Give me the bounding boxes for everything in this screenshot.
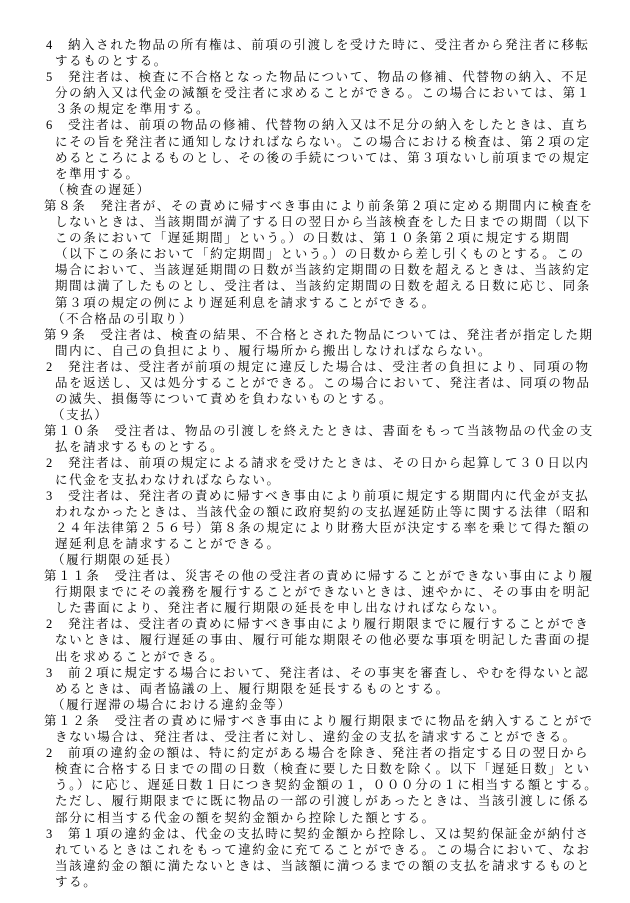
line-continuation: 遅延利息を請求することができる。 <box>44 536 600 552</box>
line-continuation: を準用する。 <box>44 166 600 182</box>
line-item: 5 発注者は、検査に不合格となった物品について、物品の修補、代替物の納入、不足 <box>44 69 600 85</box>
line-item: 3 第１項の違約金は、代金の支払時に契約金額から控除し、又は契約保証金が納付さ <box>44 826 600 842</box>
line-continuation: 場合において、当該遅延期間の日数が当該約定期間の日数を超えるときは、当該約定 <box>44 262 600 278</box>
line-item: 4 納入された物品の所有権は、前項の引渡しを受けた時に、受注者から発注者に移転 <box>44 37 600 53</box>
line-article: 第１０条 受注者は、物品の引渡しを終えたときは、書面をもって当該物品の代金の支 <box>44 423 600 439</box>
line-continuation: 出を求めることができる。 <box>44 649 600 665</box>
line-continuation: きない場合は、発注者は、受注者に対し、違約金の支払を請求することができる。 <box>44 729 600 745</box>
line-continuation: 当該違約金の額に満たないときは、当該額に満つるまでの額の支払を請求するものと <box>44 858 600 874</box>
line-heading: （検査の遅延） <box>44 182 600 198</box>
line-item: 2 発注者は、受注者が前項の規定に違反した場合は、受注者の負担により、同項の物 <box>44 359 600 375</box>
line-continuation: にその旨を発注者に通知しなければならない。この場合における検査は、第２項の定 <box>44 134 600 150</box>
line-continuation: この条において「遅延期間」という。）の日数は、第１０条第２項に規定する期間 <box>44 230 600 246</box>
line-article: 第９条 受注者は、検査の結果、不合格とされた物品については、発注者が指定した期 <box>44 327 600 343</box>
line-heading: （支払） <box>44 407 600 423</box>
line-continuation: 分の納入又は代金の減額を受注者に求めることができる。この場合においては、第１ <box>44 85 600 101</box>
line-continuation: 検査に合格する日までの間の日数（検査に要した日数を除く。以下「遅延日数」とい <box>44 761 600 777</box>
line-continuation: われなかったときは、当該代金の額に政府契約の支払遅延防止等に関する法律（昭和 <box>44 504 600 520</box>
line-continuation: した書面により、発注者に履行期限の延長を申し出なければならない。 <box>44 600 600 616</box>
line-article: 第８条 発注者が、その責めに帰すべき事由により前条第２項に定める期間内に検査を <box>44 198 600 214</box>
line-continuation: （以下この条において「約定期間」という。）の日数から差し引くものとする。この <box>44 246 600 262</box>
line-continuation: する。 <box>44 874 600 890</box>
line-continuation: 間内に、自己の負担により、履行場所から搬出しなければならない。 <box>44 343 600 359</box>
document-page: 4 納入された物品の所有権は、前項の引渡しを受けた時に、受注者から発注者に移転す… <box>0 0 630 903</box>
line-article: 第１２条 受注者の責めに帰すべき事由により履行期限までに物品を納入することがで <box>44 713 600 729</box>
document-body: 4 納入された物品の所有権は、前項の引渡しを受けた時に、受注者から発注者に移転す… <box>44 37 600 890</box>
line-heading: （不合格品の引取り） <box>44 311 600 327</box>
line-item: 2 前項の違約金の額は、特に約定がある場合を除き、発注者の指定する日の翌日から <box>44 745 600 761</box>
line-item: 6 受注者は、前項の物品の修補、代替物の納入又は不足分の納入をしたときは、直ち <box>44 117 600 133</box>
line-article: 第１１条 受注者は、災害その他の受注者の責めに帰することができない事由により履 <box>44 568 600 584</box>
line-continuation: に代金を支払わなければならない。 <box>44 472 600 488</box>
line-continuation: ないときは、履行遅延の事由、履行可能な期限その他必要な事項を明記した書面の提 <box>44 632 600 648</box>
line-item: 2 発注者は、受注者の責めに帰すべき事由により履行期限までに履行することができ <box>44 616 600 632</box>
line-item: 3 前２項に規定する場合において、発注者は、その事実を審査し、やむを得ないと認 <box>44 665 600 681</box>
line-item: 3 受注者は、発注者の責めに帰すべき事由により前項に規定する期間内に代金が支払 <box>44 488 600 504</box>
line-continuation: う。）に応じ、遅延日数１日につき契約金額の１，０００分の１に相当する額とする。 <box>44 777 600 793</box>
line-continuation: の滅失、損傷等について責めを負わないものとする。 <box>44 391 600 407</box>
line-continuation: めるところによるものとし、その後の手続については、第３項ないし前項までの規定 <box>44 150 600 166</box>
line-continuation: しないときは、当該期間が満了する日の翌日から当該検査をした日までの期間（以下 <box>44 214 600 230</box>
line-continuation: ただし、履行期限までに既に物品の一部の引渡しがあったときは、当該引渡しに係る <box>44 793 600 809</box>
line-continuation: ３条の規定を準用する。 <box>44 101 600 117</box>
line-continuation: れているときはこれをもって違約金に充てることができる。この場合において、なお <box>44 842 600 858</box>
line-continuation: 第３項の規定の例により遅延利息を請求することができる。 <box>44 295 600 311</box>
line-heading: （履行遅滞の場合における違約金等） <box>44 697 600 713</box>
line-continuation: 期間は満了したものとし、受注者は、当該約定期間の日数を超える日数に応じ、同条 <box>44 278 600 294</box>
line-continuation: ２４年法律第２５６号）第８条の規定により財務大臣が決定する率を乗じて得た額の <box>44 520 600 536</box>
line-continuation: 行期限までにその義務を履行することができないときは、速やかに、その事由を明記 <box>44 584 600 600</box>
line-continuation: 部分に相当する代金の額を契約金額から控除した額とする。 <box>44 810 600 826</box>
line-continuation: するものとする。 <box>44 53 600 69</box>
line-item: 2 発注者は、前項の規定による請求を受けたときは、その日から起算して３０日以内 <box>44 455 600 471</box>
line-continuation: 品を返送し、又は処分することができる。この場合において、発注者は、同項の物品 <box>44 375 600 391</box>
line-heading: （履行期限の延長） <box>44 552 600 568</box>
line-continuation: 払を請求するものとする。 <box>44 439 600 455</box>
line-continuation: めるときは、両者協議の上、履行期限を延長するものとする。 <box>44 681 600 697</box>
